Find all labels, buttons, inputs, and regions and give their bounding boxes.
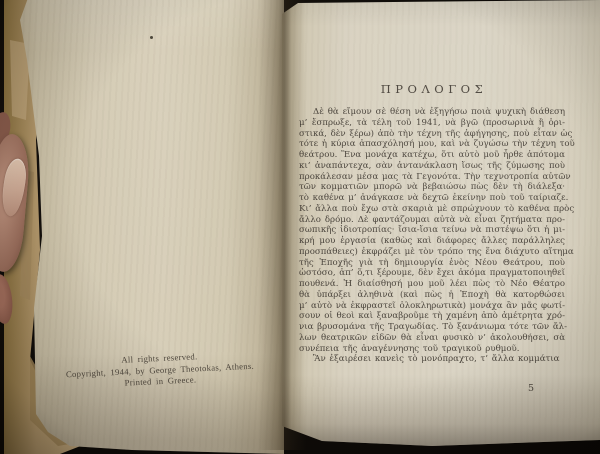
text-line: μ’ αὐτὸ νὰ ἐκφραστεῖ ὁλοκληρωτικὰ) μονάχ… [299, 301, 565, 312]
text-line: θεάτρου. Ἕνα μονάχα κατέχω, ὅτι αὐτὸ μοῦ… [299, 150, 565, 161]
text-line: Κι’ ἄλλα ποὺ ἔχω στὰ σκαριὰ μὲ σπρώχνουν… [299, 204, 565, 215]
book-photo: All rights reserved. Copyright, 1944, by… [0, 0, 600, 454]
text-line: κρή μου ἐργασία (καθὼς καὶ διάφορες ἄλλε… [299, 236, 565, 247]
copyright-line: All rights reserved. [54, 348, 264, 369]
text-line: τὸ καθένα μ’ ἀνάγκασε νὰ δεχτῶ ἐκείνην π… [299, 193, 565, 204]
thumbnail-nail [0, 157, 29, 218]
page-title: ΠΡΟΛΟΓΟΣ [299, 82, 565, 96]
text-line: ὡστόσο, ἀπ’ ὅ,τι ξέρουμε, δὲν ἔχει ἀκόμα… [299, 268, 565, 279]
text-line: σουν οἱ θεοὶ καὶ ξαναβροῦμε τὴ χαμένη ἀπ… [299, 311, 565, 322]
text-line: στικά, δὲν ξέρω) ἀπὸ τὴν τέχνη τῆς ἀφήγη… [299, 129, 565, 140]
text-line: λων θεατρικῶν εἰδῶν θὰ εἶναι φυσικὸ ν’ ἀ… [299, 333, 565, 344]
text-line: Ἂν ἐξαιρέσει κανεὶς τὸ μονόπραχτο, τ’ ἄλ… [299, 354, 565, 365]
text-line: τότε ἡ κύρια ἀπασχόλησή μου, καὶ νὰ ζυγώ… [299, 139, 565, 150]
left-page: All rights reserved. Copyright, 1944, by… [12, 0, 284, 454]
text-line: προκάλεσαν μέσα μας τὰ Γεγονότα. Τὴν τεχ… [299, 172, 565, 183]
text-line: νια βρυσομάνα τῆς Τραγωδίας. Τὸ ξανάνιωμ… [299, 322, 565, 333]
text-line: σωπικῆς ἰδιοτροπίας· ἴσια-ἴσια τείνω νὰ … [299, 225, 565, 236]
page-content: ΠΡΟΛΟΓΟΣ Δὲ θὰ εἴμουν σὲ θέση νὰ ἐξηγήσω… [299, 82, 565, 365]
text-line: πουθενά. Ἡ διαίσθησή μου μοῦ λέει πὼς τὸ… [299, 279, 565, 290]
right-page: ΠΡΟΛΟΓΟΣ Δὲ θὰ εἴμουν σὲ θέση νὰ ἐξηγήσω… [282, 0, 600, 446]
text-line: συνέπεια τῆς ἀναγέννησης τοῦ τραγικοῦ ρυ… [299, 344, 565, 355]
body-text: Δὲ θὰ εἴμουν σὲ θέση νὰ ἐξηγήσω ποιὰ ψυχ… [299, 107, 565, 365]
text-line: τῶν κομματιῶν μπορῶ νὰ βεβαιώσω πὼς δὲν … [299, 182, 565, 193]
text-line: ἄλλο δρόμο. Δὲ φαντάζουμαι αὐτὰ νὰ εἶναι… [299, 215, 565, 226]
text-line: κι’ ἀναπάντεχα, σὰν ἀντανάκλαση ἴσως τῆς… [299, 161, 565, 172]
text-line: μ’ ἔσπρωξε, τὰ τέλη τοῦ 1941, νὰ βγῶ (πρ… [299, 118, 565, 129]
copyright-block: All rights reserved. Copyright, 1944, by… [54, 348, 265, 392]
copyright-line: Printed in Greece. [55, 371, 265, 392]
paper-speck [150, 36, 153, 39]
text-line: θὰ ὑπάρξει ἀληθινὰ (καὶ πὼς ἡ Ἐποχὴ θὰ κ… [299, 290, 565, 301]
text-line: Δὲ θὰ εἴμουν σὲ θέση νὰ ἐξηγήσω ποιὰ ψυχ… [299, 107, 565, 118]
text-line: προσπάθειες) ἐκφράζει μὲ τὸν τρόπο της ἕ… [299, 247, 565, 258]
copyright-line: Copyright, 1944, by George Theotokas, At… [55, 360, 265, 381]
text-line: τῆς Ἐποχῆς γιὰ τὴ δημιουργία ἑνὸς Νέου Θ… [299, 258, 565, 269]
page-number: 5 [528, 383, 534, 394]
